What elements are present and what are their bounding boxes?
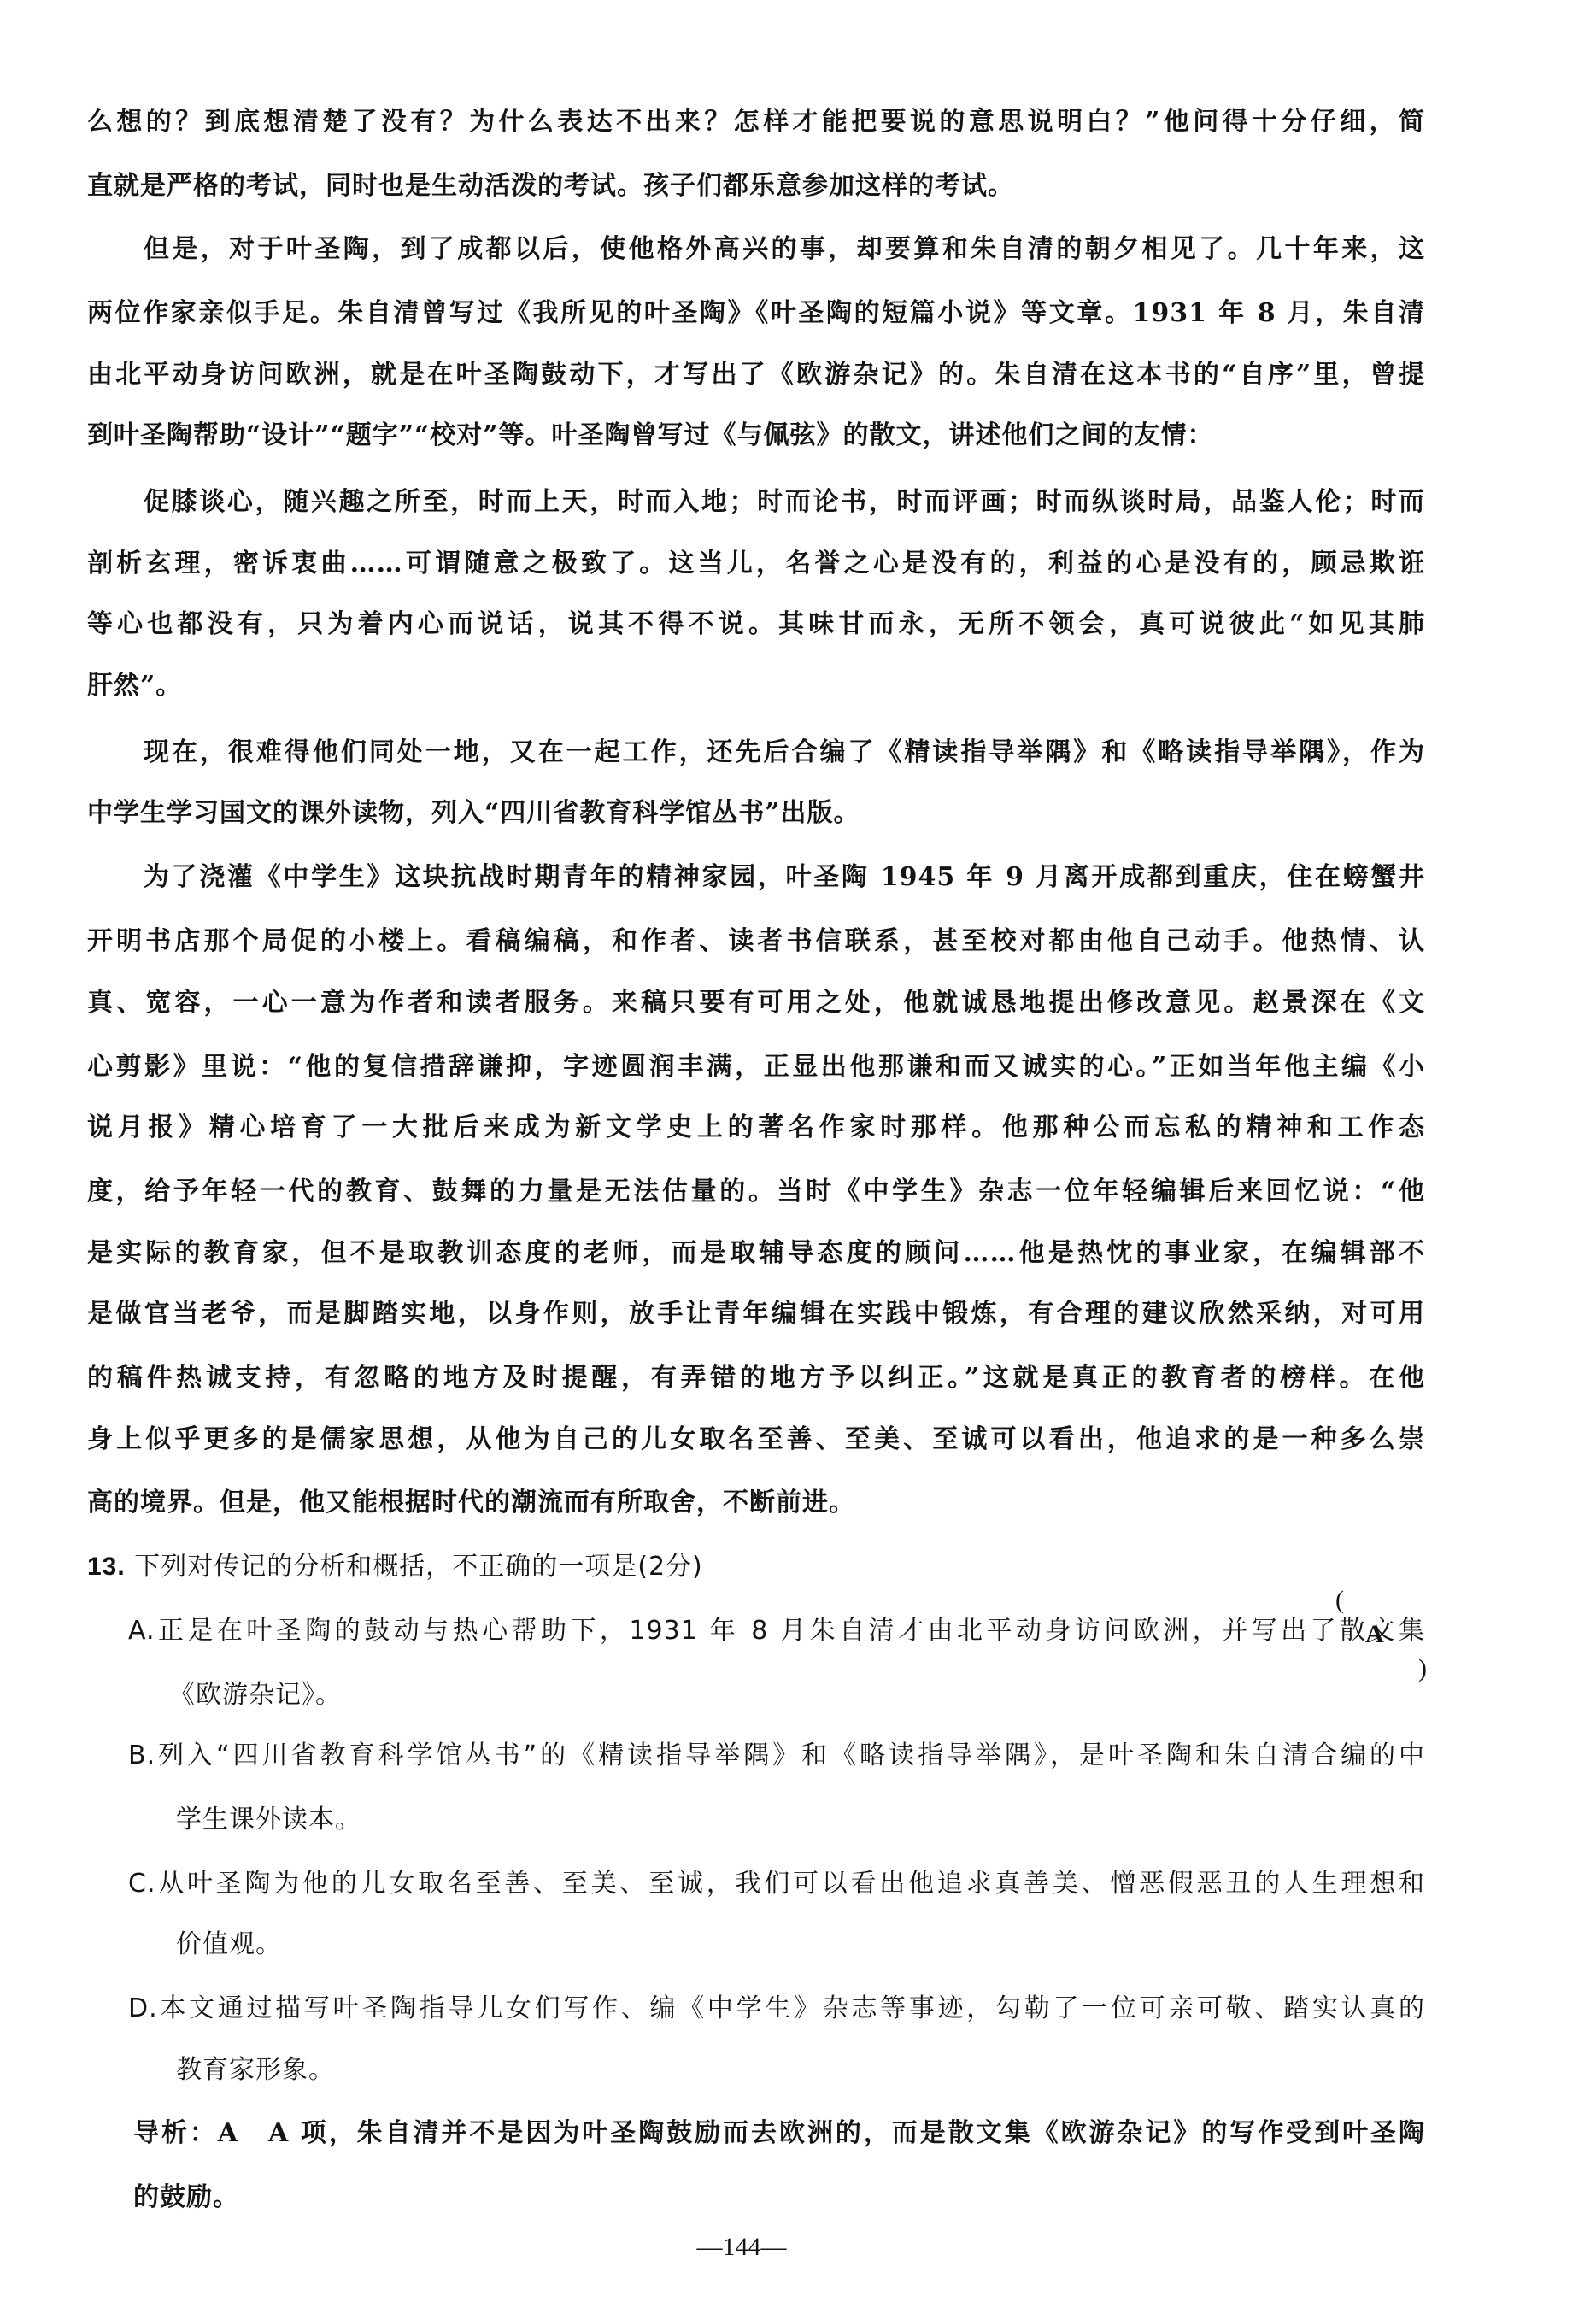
analysis-label: 导析： <box>133 2118 218 2148</box>
option-d-label: D. <box>128 1993 158 2023</box>
body-line-16: 心剪影》里说：“他的复信措辞谦抑，字迹圆润丰满，正显出他那谦和而又诚实的心。”正… <box>87 1050 1425 1084</box>
option-b-text: 列入“四川省教育科学馆丛书”的《精读指导举隅》和《略读指导举隅》，是叶圣陶和朱自… <box>155 1741 1425 1770</box>
option-c-label: C. <box>128 1869 155 1899</box>
body-line-18: 度，给予年轻一代的教育、鼓舞的力量是无法估量的。当时《中学生》杂志一位年轻编辑后… <box>87 1175 1425 1209</box>
option-c: C.从叶圣陶为他的儿女取名至善、至美、至诚，我们可以看出他追求真善美、憎恶假恶丑… <box>128 1867 1425 1901</box>
body-line-11: 现在，很难得他们同处一地，又在一起工作，还先后合编了《精读指导举隅》和《略读指导… <box>144 736 1425 770</box>
option-c-continued: 价值观。 <box>176 1928 1425 1962</box>
option-a: A.正是在叶圣陶的鼓动与热心帮助下，1931 年 8 月朱自清才由北平动身访问欧… <box>128 1614 1425 1648</box>
body-line-14: 开明书店那个局促的小楼上。看稿编稿，和作者、读者书信联系，甚至校对都由他自己动手… <box>87 925 1425 959</box>
page-number: —144— <box>656 2230 827 2264</box>
body-line-4: 两位作家亲似手足。朱自清曾写过《我所见的叶圣陶》《叶圣陶的短篇小说》等文章。19… <box>87 296 1425 331</box>
option-d-text: 本文通过描写叶圣陶指导儿女们写作、编《中学生》杂志等事迹，勾勒了一位可亲可敬、踏… <box>158 1993 1425 2023</box>
body-line-2: 直就是严格的考试，同时也是生动活泼的考试。孩子们都乐意参加这样的考试。 <box>87 169 1425 203</box>
body-line-17: 说月报》精心培育了一大批后来成为新文学史上的著名作家时那样。他那种公而忘私的精神… <box>87 1111 1425 1145</box>
quote-line-1: 促膝谈心，随兴趣之所至，时而上天，时而入地；时而论书，时而评画；时而纵谈时局，品… <box>144 485 1425 520</box>
body-line-1: 么想的？到底想清楚了没有？为什么表达不出来？怎样才能把要说的意思说明白？”他问得… <box>87 105 1425 139</box>
question-number: 13. <box>87 1553 126 1581</box>
analysis: 导析：A A 项，朱自清并不是因为叶圣陶鼓励而去欧洲的，而是散文集《欧游杂记》的… <box>133 2116 1425 2151</box>
answer-bracket: ( A ) <box>1323 1549 1427 1583</box>
option-c-text: 从叶圣陶为他的儿女取名至善、至美、至诚，我们可以看出他追求真善美、憎恶假恶丑的人… <box>155 1869 1425 1899</box>
quote-line-2: 剖析玄理，密诉衷曲……可谓随意之极致了。这当儿，名誉之心是没有的，利益的心是没有… <box>87 547 1425 581</box>
body-line-21: 的稿件热诚支持，有忽略的地方及时提醒，有弄错的地方予以纠正。”这就是真正的教育者… <box>87 1361 1425 1395</box>
body-line-23: 高的境界。但是，他又能根据时代的潮流而有所取舍，不断前进。 <box>87 1486 1425 1520</box>
quote-line-3: 等心也都没有，只为着内心而说话，说其不得不说。其味甘而永，无所不领会，真可说彼此… <box>87 608 1425 642</box>
body-line-6: 到叶圣陶帮助“设计”“题字”“校对”等。叶圣陶曾写过《与佩弦》的散文，讲述他们之… <box>87 419 1425 453</box>
question-text: 下列对传记的分析和概括，不正确的一项是(2分) <box>134 1552 703 1582</box>
question-stem: 13. 下列对传记的分析和概括，不正确的一项是(2分) <box>87 1550 1112 1584</box>
analysis-text: A A 项，朱自清并不是因为叶圣陶鼓励而去欧洲的，而是散文集《欧游杂记》的写作受… <box>218 2118 1425 2148</box>
body-line-20: 是做官当老爷，而是脚踏实地，以身作则，放手让青年编辑在实践中锻炼，有合理的建议欣… <box>87 1297 1425 1331</box>
option-d-continued: 教育家形象。 <box>176 2053 1425 2087</box>
body-line-12: 中学生学习国文的课外读物，列入“四川省教育科学馆丛书”出版。 <box>87 796 1425 831</box>
body-line-19: 是实际的教育家，但不是取教训态度的老师，而是取辅导态度的顾问……他是热忱的事业家… <box>87 1236 1425 1271</box>
answer-open-paren: ( <box>1335 1586 1344 1614</box>
quote-line-4: 肝然”。 <box>87 669 1425 703</box>
body-line-13: 为了浇灌《中学生》这块抗战时期青年的精神家园，叶圣陶 1945 年 9 月离开成… <box>144 860 1425 895</box>
body-line-22: 身上似乎更多的是儒家思想，从他为自己的儿女取名至善、至美、至诚可以看出，他追求的… <box>87 1423 1425 1457</box>
option-a-continued: 《欧游杂记》。 <box>169 1678 1425 1712</box>
option-d: D.本文通过描写叶圣陶指导儿女们写作、编《中学生》杂志等事迹，勾勒了一位可亲可敬… <box>128 1992 1425 2026</box>
body-line-15: 真、宽容，一心一意为作者和读者服务。来稿只要有可用之处，他就诚恳地提出修改意见。… <box>87 986 1425 1020</box>
option-a-text: 正是在叶圣陶的鼓动与热心帮助下，1931 年 8 月朱自清才由北平动身访问欧洲，… <box>155 1616 1425 1646</box>
analysis-continued: 的鼓励。 <box>133 2181 1425 2215</box>
option-b-continued: 学生课外读本。 <box>176 1803 1425 1837</box>
option-b-label: B. <box>128 1741 155 1770</box>
option-b: B.列入“四川省教育科学馆丛书”的《精读指导举隅》和《略读指导举隅》，是叶圣陶和… <box>128 1739 1425 1773</box>
option-a-label: A. <box>128 1616 155 1646</box>
body-line-3: 但是，对于叶圣陶，到了成都以后，使他格外高兴的事，却要算和朱自清的朝夕相见了。几… <box>144 232 1425 267</box>
body-line-5: 由北平动身访问欧洲，就是在叶圣陶鼓动下，才写出了《欧游杂记》的。朱自清在这本书的… <box>87 358 1425 392</box>
